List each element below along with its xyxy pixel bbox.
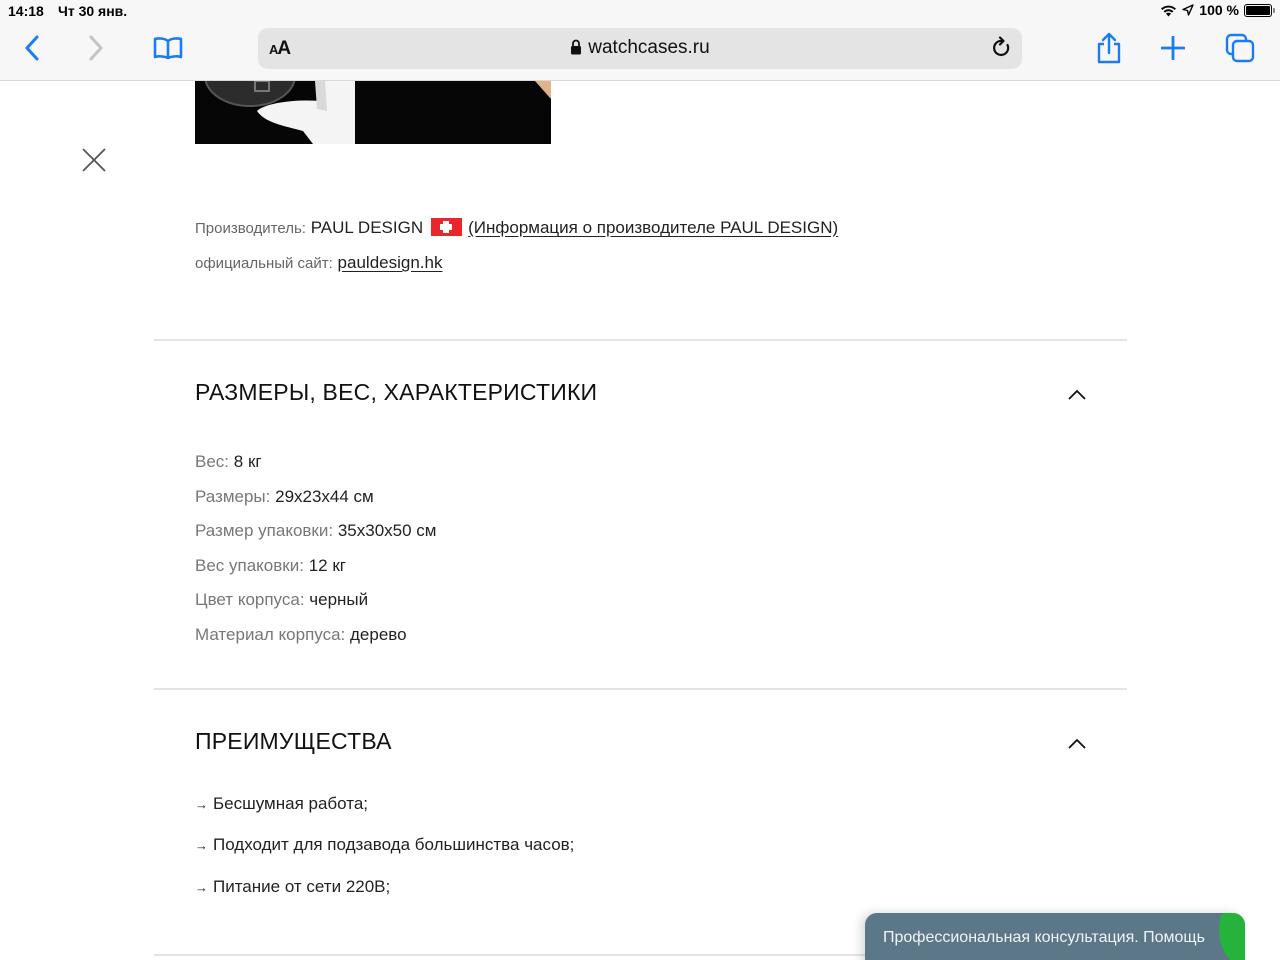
url-display[interactable]: watchcases.ru — [258, 37, 1022, 59]
manufacturer-info-link[interactable]: (Информация о производителе PAUL DESIGN) — [468, 218, 838, 237]
wifi-icon — [1160, 4, 1177, 17]
section-divider — [154, 339, 1127, 341]
chevron-up-icon[interactable] — [1066, 736, 1088, 750]
forward-button[interactable] — [78, 30, 114, 66]
battery-percent: 100 % — [1199, 2, 1239, 18]
spec-package-size: Размер упаковки: 35x30x50 см — [195, 521, 436, 541]
new-tab-icon — [1161, 36, 1185, 60]
arrow-right-icon: → — [195, 838, 208, 853]
share-icon — [1096, 32, 1122, 64]
product-photo — [195, 81, 551, 144]
spec-package-weight: Вес упаковки: 12 кг — [195, 556, 346, 576]
section-title-specs[interactable]: РАЗМЕРЫ, ВЕС, ХАРАКТЕРИСТИКИ — [195, 379, 597, 406]
tabs-icon — [1225, 33, 1255, 63]
manufacturer-name: PAUL DESIGN — [311, 218, 423, 237]
official-site-link[interactable]: pauldesign.hk — [338, 253, 443, 272]
bookmarks-icon — [153, 36, 183, 60]
share-button[interactable] — [1091, 30, 1127, 66]
chat-widget-text: Профессиональная консультация. Помощь — [883, 929, 1205, 947]
status-indicators: 100 % — [1160, 2, 1272, 18]
reload-icon[interactable] — [990, 36, 1014, 60]
forward-icon — [88, 35, 104, 61]
section-title-advantages[interactable]: ПРЕИМУЩЕСТВА — [195, 728, 392, 755]
status-date: Чт 30 янв. — [58, 3, 127, 19]
location-icon — [1182, 4, 1194, 16]
switzerland-flag-icon — [431, 218, 462, 236]
back-button[interactable] — [14, 30, 50, 66]
advantage-item: →Питание от сети 220В; — [195, 877, 390, 897]
spec-case-material: Материал корпуса: дерево — [195, 625, 407, 645]
section-divider — [154, 688, 1127, 690]
lock-icon — [570, 39, 582, 55]
close-icon[interactable] — [80, 146, 108, 174]
battery-icon — [1244, 4, 1272, 17]
advantage-item: →Подходит для подзавода большинства часо… — [195, 835, 574, 855]
spec-weight: Вес: 8 кг — [195, 452, 262, 472]
site-label: официальный сайт: — [195, 255, 333, 272]
manufacturer-label: Производитель: — [195, 220, 306, 237]
product-photo-image — [195, 81, 551, 144]
advantage-item: →Бесшумная работа; — [195, 794, 368, 814]
url-text: watchcases.ru — [588, 37, 709, 58]
chevron-up-icon[interactable] — [1066, 387, 1088, 401]
official-site-line: официальный сайт: pauldesign.hk — [195, 253, 442, 273]
arrow-right-icon: → — [195, 797, 208, 812]
status-time: 14:18 — [8, 3, 44, 19]
spec-case-color: Цвет корпуса: черный — [195, 590, 368, 610]
arrow-right-icon: → — [195, 880, 208, 895]
new-tab-button[interactable] — [1155, 30, 1191, 66]
chat-status-badge — [1219, 913, 1245, 960]
back-icon — [24, 35, 40, 61]
tabs-button[interactable] — [1222, 30, 1258, 66]
spec-dimensions: Размеры: 29x23x44 см — [195, 487, 374, 507]
bookmarks-button[interactable] — [150, 30, 186, 66]
address-bar[interactable]: AA watchcases.ru — [258, 28, 1022, 69]
browser-chrome: 14:18 Чт 30 янв. 100 % AA watchcases.ru — [0, 0, 1280, 81]
manufacturer-line: Производитель: PAUL DESIGN(Информация о … — [195, 218, 838, 238]
consultation-chat-widget[interactable]: Профессиональная консультация. Помощь — [865, 913, 1245, 960]
